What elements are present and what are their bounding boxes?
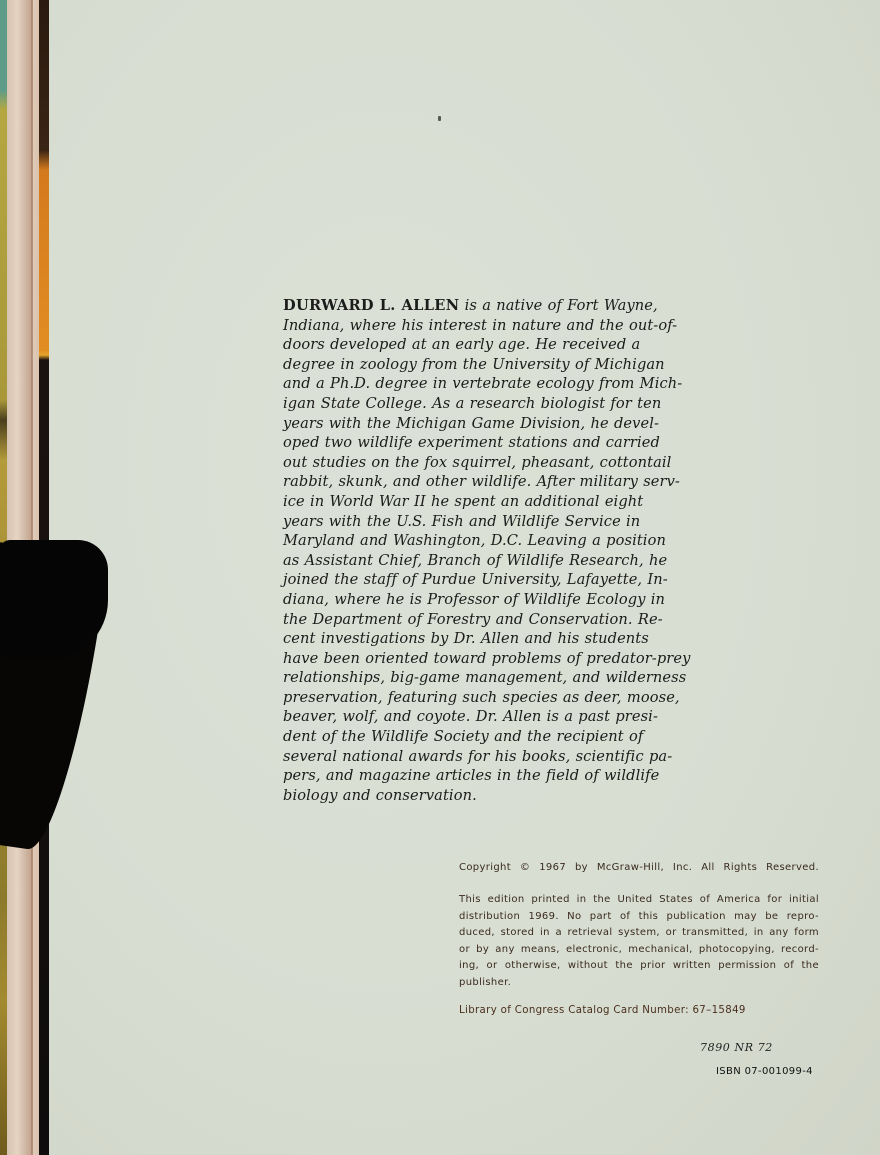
bio-line: pers, and magazine articles in the field… — [283, 766, 635, 786]
edition-line: ing, or otherwise, without the prior wri… — [459, 958, 819, 975]
bio-line: years with the Michigan Game Division, h… — [283, 414, 635, 434]
bio-line: Indiana, where his interest in nature an… — [283, 316, 635, 336]
library-of-congress-number: Library of Congress Catalog Card Number:… — [459, 1005, 819, 1016]
bio-line: oped two wildlife experiment stations an… — [283, 433, 635, 453]
copyright-notice: Copyright © 1967 by McGraw-Hill, Inc. Al… — [459, 862, 819, 873]
bio-line: DURWARD L. ALLEN is a native of Fort Way… — [283, 296, 635, 316]
print-code: 7890 NR 72 — [700, 1041, 773, 1054]
edition-line: This edition printed in the United State… — [459, 892, 819, 909]
bio-line: dent of the Wildlife Society and the rec… — [283, 727, 635, 747]
bio-line: Maryland and Washington, D.C. Leaving a … — [283, 531, 635, 551]
bio-line: the Department of Forestry and Conservat… — [283, 610, 635, 630]
bio-line: joined the staff of Purdue University, L… — [283, 570, 635, 590]
paper-speck — [438, 116, 441, 121]
bio-line: biology and conservation. — [283, 786, 635, 806]
bio-line: degree in zoology from the University of… — [283, 355, 635, 375]
bio-line: have been oriented toward problems of pr… — [283, 649, 635, 669]
bio-line: several national awards for his books, s… — [283, 747, 635, 767]
bio-line: relationships, big-game management, and … — [283, 668, 635, 688]
author-name: DURWARD L. ALLEN — [283, 297, 459, 314]
bio-line: years with the U.S. Fish and Wildlife Se… — [283, 512, 635, 532]
bio-line: out studies on the fox squirrel, pheasan… — [283, 453, 635, 473]
bio-line: rabbit, skunk, and other wildlife. After… — [283, 472, 635, 492]
edition-notice: This edition printed in the United State… — [459, 892, 819, 992]
isbn: ISBN 07-001099-4 — [716, 1066, 813, 1077]
edition-line: distribution 1969. No part of this publi… — [459, 909, 819, 926]
edition-line: duced, stored in a retrieval system, or … — [459, 925, 819, 942]
bio-line: diana, where he is Professor of Wildlife… — [283, 590, 635, 610]
bio-line: preservation, featuring such species as … — [283, 688, 635, 708]
bio-line: cent investigations by Dr. Allen and his… — [283, 629, 635, 649]
author-bio: DURWARD L. ALLEN is a native of Fort Way… — [283, 296, 635, 805]
bio-line: doors developed at an early age. He rece… — [283, 335, 635, 355]
bio-line: igan State College. As a research biolog… — [283, 394, 635, 414]
bio-line: and a Ph.D. degree in vertebrate ecology… — [283, 374, 635, 394]
edition-line: or by any means, electronic, mechanical,… — [459, 942, 819, 959]
bio-line: ice in World War II he spent an addition… — [283, 492, 635, 512]
bio-line: as Assistant Chief, Branch of Wildlife R… — [283, 551, 635, 571]
bio-line: beaver, wolf, and coyote. Dr. Allen is a… — [283, 707, 635, 727]
edition-line: publisher. — [459, 975, 819, 992]
